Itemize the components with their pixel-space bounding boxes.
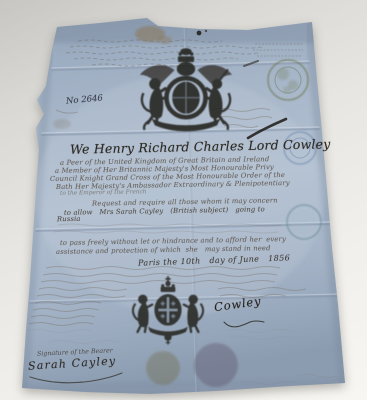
ink-spot [197, 31, 202, 36]
paper-graphic [0, 0, 367, 400]
round-stamp-teal-icon [287, 205, 321, 239]
purple-stain [194, 343, 238, 387]
photo-of-passport-document: No 2646 We Henry Richard Charles Lord Co… [0, 0, 367, 400]
olive-stain [146, 351, 180, 385]
